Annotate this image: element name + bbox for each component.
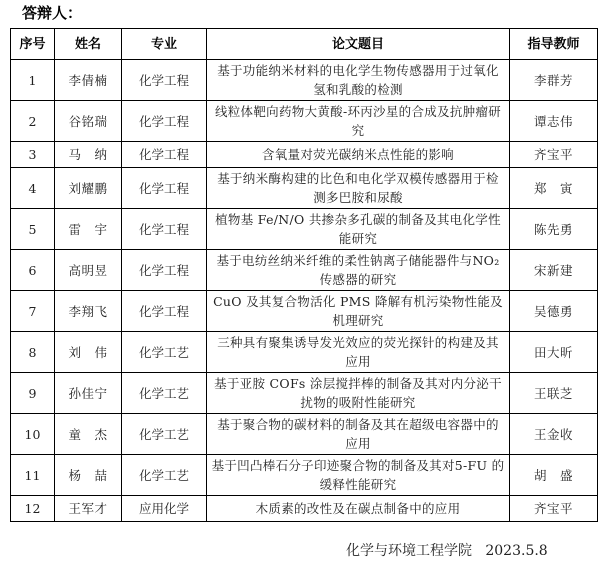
cell-thesis-title: 基于凹凸棒石分子印迹聚合物的制备及其对5-FU 的缓释性能研究 xyxy=(207,455,510,496)
cell-student-name: 雷 宇 xyxy=(55,209,122,250)
footer-school: 化学与环境工程学院 xyxy=(346,543,472,559)
cell-thesis-title: 基于电纺丝纳米纤维的柔性钠离子储能器件与NO₂传感器的研究 xyxy=(207,250,510,291)
footer-date: 2023.5.8 xyxy=(485,543,547,559)
cell-major: 化学工程 xyxy=(122,250,207,291)
table-row: 4 刘耀鹏 化学工程 基于纳米酶构建的比色和电化学双模传感器用于检测多巴胺和尿酸… xyxy=(11,168,598,209)
cell-thesis-title: 含氧量对荧光碳纳米点性能的影响 xyxy=(207,142,510,168)
cell-serial-number: 12 xyxy=(11,496,55,522)
cell-major: 化学工艺 xyxy=(122,373,207,414)
cell-major: 化学工程 xyxy=(122,209,207,250)
table-row: 12 王军才 应用化学 木质素的改性及在碳点制备中的应用 齐宝平 xyxy=(11,496,598,522)
cell-advisor: 齐宝平 xyxy=(510,496,598,522)
table-header-row: 序号 姓名 专业 论文题目 指导教师 xyxy=(11,29,598,60)
header-name: 姓名 xyxy=(55,29,122,60)
cell-serial-number: 6 xyxy=(11,250,55,291)
cell-serial-number: 2 xyxy=(11,101,55,142)
table-row: 9 孙佳宁 化学工艺 基于亚胺 COFs 涂层搅拌棒的制备及其对内分泌干扰物的吸… xyxy=(11,373,598,414)
cell-major: 化学工程 xyxy=(122,168,207,209)
cell-advisor: 宋新建 xyxy=(510,250,598,291)
cell-major: 化学工程 xyxy=(122,101,207,142)
cell-serial-number: 4 xyxy=(11,168,55,209)
cell-thesis-title: 基于功能纳米材料的电化学生物传感器用于过氧化氢和乳酸的检测 xyxy=(207,60,510,101)
header-major: 专业 xyxy=(122,29,207,60)
cell-student-name: 刘耀鹏 xyxy=(55,168,122,209)
cell-advisor: 陈先勇 xyxy=(510,209,598,250)
table-row: 6 高明昱 化学工程 基于电纺丝纳米纤维的柔性钠离子储能器件与NO₂传感器的研究… xyxy=(11,250,598,291)
table-row: 2 谷铭瑞 化学工程 线粒体靶向药物大黄酸-环丙沙星的合成及抗肿瘤研究 谭志伟 xyxy=(11,101,598,142)
cell-student-name: 谷铭瑞 xyxy=(55,101,122,142)
cell-thesis-title: 基于亚胺 COFs 涂层搅拌棒的制备及其对内分泌干扰物的吸附性能研究 xyxy=(207,373,510,414)
header-advisor: 指导教师 xyxy=(510,29,598,60)
cell-student-name: 马 纳 xyxy=(55,142,122,168)
cell-advisor: 田大昕 xyxy=(510,332,598,373)
table-row: 11 杨 喆 化学工艺 基于凹凸棒石分子印迹聚合物的制备及其对5-FU 的缓释性… xyxy=(11,455,598,496)
cell-major: 化学工程 xyxy=(122,60,207,101)
cell-student-name: 刘 伟 xyxy=(55,332,122,373)
cell-student-name: 李翔飞 xyxy=(55,291,122,332)
cell-advisor: 谭志伟 xyxy=(510,101,598,142)
table-row: 3 马 纳 化学工程 含氧量对荧光碳纳米点性能的影响 齐宝平 xyxy=(11,142,598,168)
cell-advisor: 郑 寅 xyxy=(510,168,598,209)
cell-major: 化学工程 xyxy=(122,142,207,168)
cell-student-name: 李倩楠 xyxy=(55,60,122,101)
cell-student-name: 高明昱 xyxy=(55,250,122,291)
cell-student-name: 童 杰 xyxy=(55,414,122,455)
footer-signature: 化学与环境工程学院 2023.5.8 xyxy=(346,541,548,561)
cell-major: 化学工程 xyxy=(122,291,207,332)
cell-serial-number: 10 xyxy=(11,414,55,455)
table-row: 10 童 杰 化学工艺 基于聚合物的碳材料的制备及其在超级电容器中的应用 王金收 xyxy=(11,414,598,455)
cell-major: 应用化学 xyxy=(122,496,207,522)
cell-major: 化学工艺 xyxy=(122,414,207,455)
cell-serial-number: 1 xyxy=(11,60,55,101)
cell-thesis-title: 基于纳米酶构建的比色和电化学双模传感器用于检测多巴胺和尿酸 xyxy=(207,168,510,209)
cell-thesis-title: CuO 及其复合物活化 PMS 降解有机污染物性能及机理研究 xyxy=(207,291,510,332)
cell-advisor: 王金收 xyxy=(510,414,598,455)
cell-serial-number: 7 xyxy=(11,291,55,332)
cell-serial-number: 5 xyxy=(11,209,55,250)
cell-serial-number: 11 xyxy=(11,455,55,496)
cell-thesis-title: 基于聚合物的碳材料的制备及其在超级电容器中的应用 xyxy=(207,414,510,455)
cell-thesis-title: 三种具有聚集诱导发光效应的荧光探针的构建及其应用 xyxy=(207,332,510,373)
header-thesis-title: 论文题目 xyxy=(207,29,510,60)
cell-advisor: 李群芳 xyxy=(510,60,598,101)
table-row: 7 李翔飞 化学工程 CuO 及其复合物活化 PMS 降解有机污染物性能及机理研… xyxy=(11,291,598,332)
cell-advisor: 胡 盛 xyxy=(510,455,598,496)
cell-thesis-title: 线粒体靶向药物大黄酸-环丙沙星的合成及抗肿瘤研究 xyxy=(207,101,510,142)
cell-student-name: 王军才 xyxy=(55,496,122,522)
cell-serial-number: 9 xyxy=(11,373,55,414)
defense-schedule-table: 序号 姓名 专业 论文题目 指导教师 1 李倩楠 化学工程 基于功能纳米材料的电… xyxy=(10,28,598,522)
cell-thesis-title: 植物基 Fe/N/O 共掺杂多孔碳的制备及其电化学性能研究 xyxy=(207,209,510,250)
header-serial-number: 序号 xyxy=(11,29,55,60)
cell-thesis-title: 木质素的改性及在碳点制备中的应用 xyxy=(207,496,510,522)
cell-advisor: 王联芝 xyxy=(510,373,598,414)
table-row: 1 李倩楠 化学工程 基于功能纳米材料的电化学生物传感器用于过氧化氢和乳酸的检测… xyxy=(11,60,598,101)
cell-advisor: 齐宝平 xyxy=(510,142,598,168)
cell-student-name: 孙佳宁 xyxy=(55,373,122,414)
cell-student-name: 杨 喆 xyxy=(55,455,122,496)
cell-major: 化学工艺 xyxy=(122,332,207,373)
table-row: 5 雷 宇 化学工程 植物基 Fe/N/O 共掺杂多孔碳的制备及其电化学性能研究… xyxy=(11,209,598,250)
cell-serial-number: 8 xyxy=(11,332,55,373)
table-row: 8 刘 伟 化学工艺 三种具有聚集诱导发光效应的荧光探针的构建及其应用 田大昕 xyxy=(11,332,598,373)
cell-serial-number: 3 xyxy=(11,142,55,168)
cell-advisor: 吴德勇 xyxy=(510,291,598,332)
page-heading: 答辩人： xyxy=(22,3,82,23)
cell-major: 化学工艺 xyxy=(122,455,207,496)
